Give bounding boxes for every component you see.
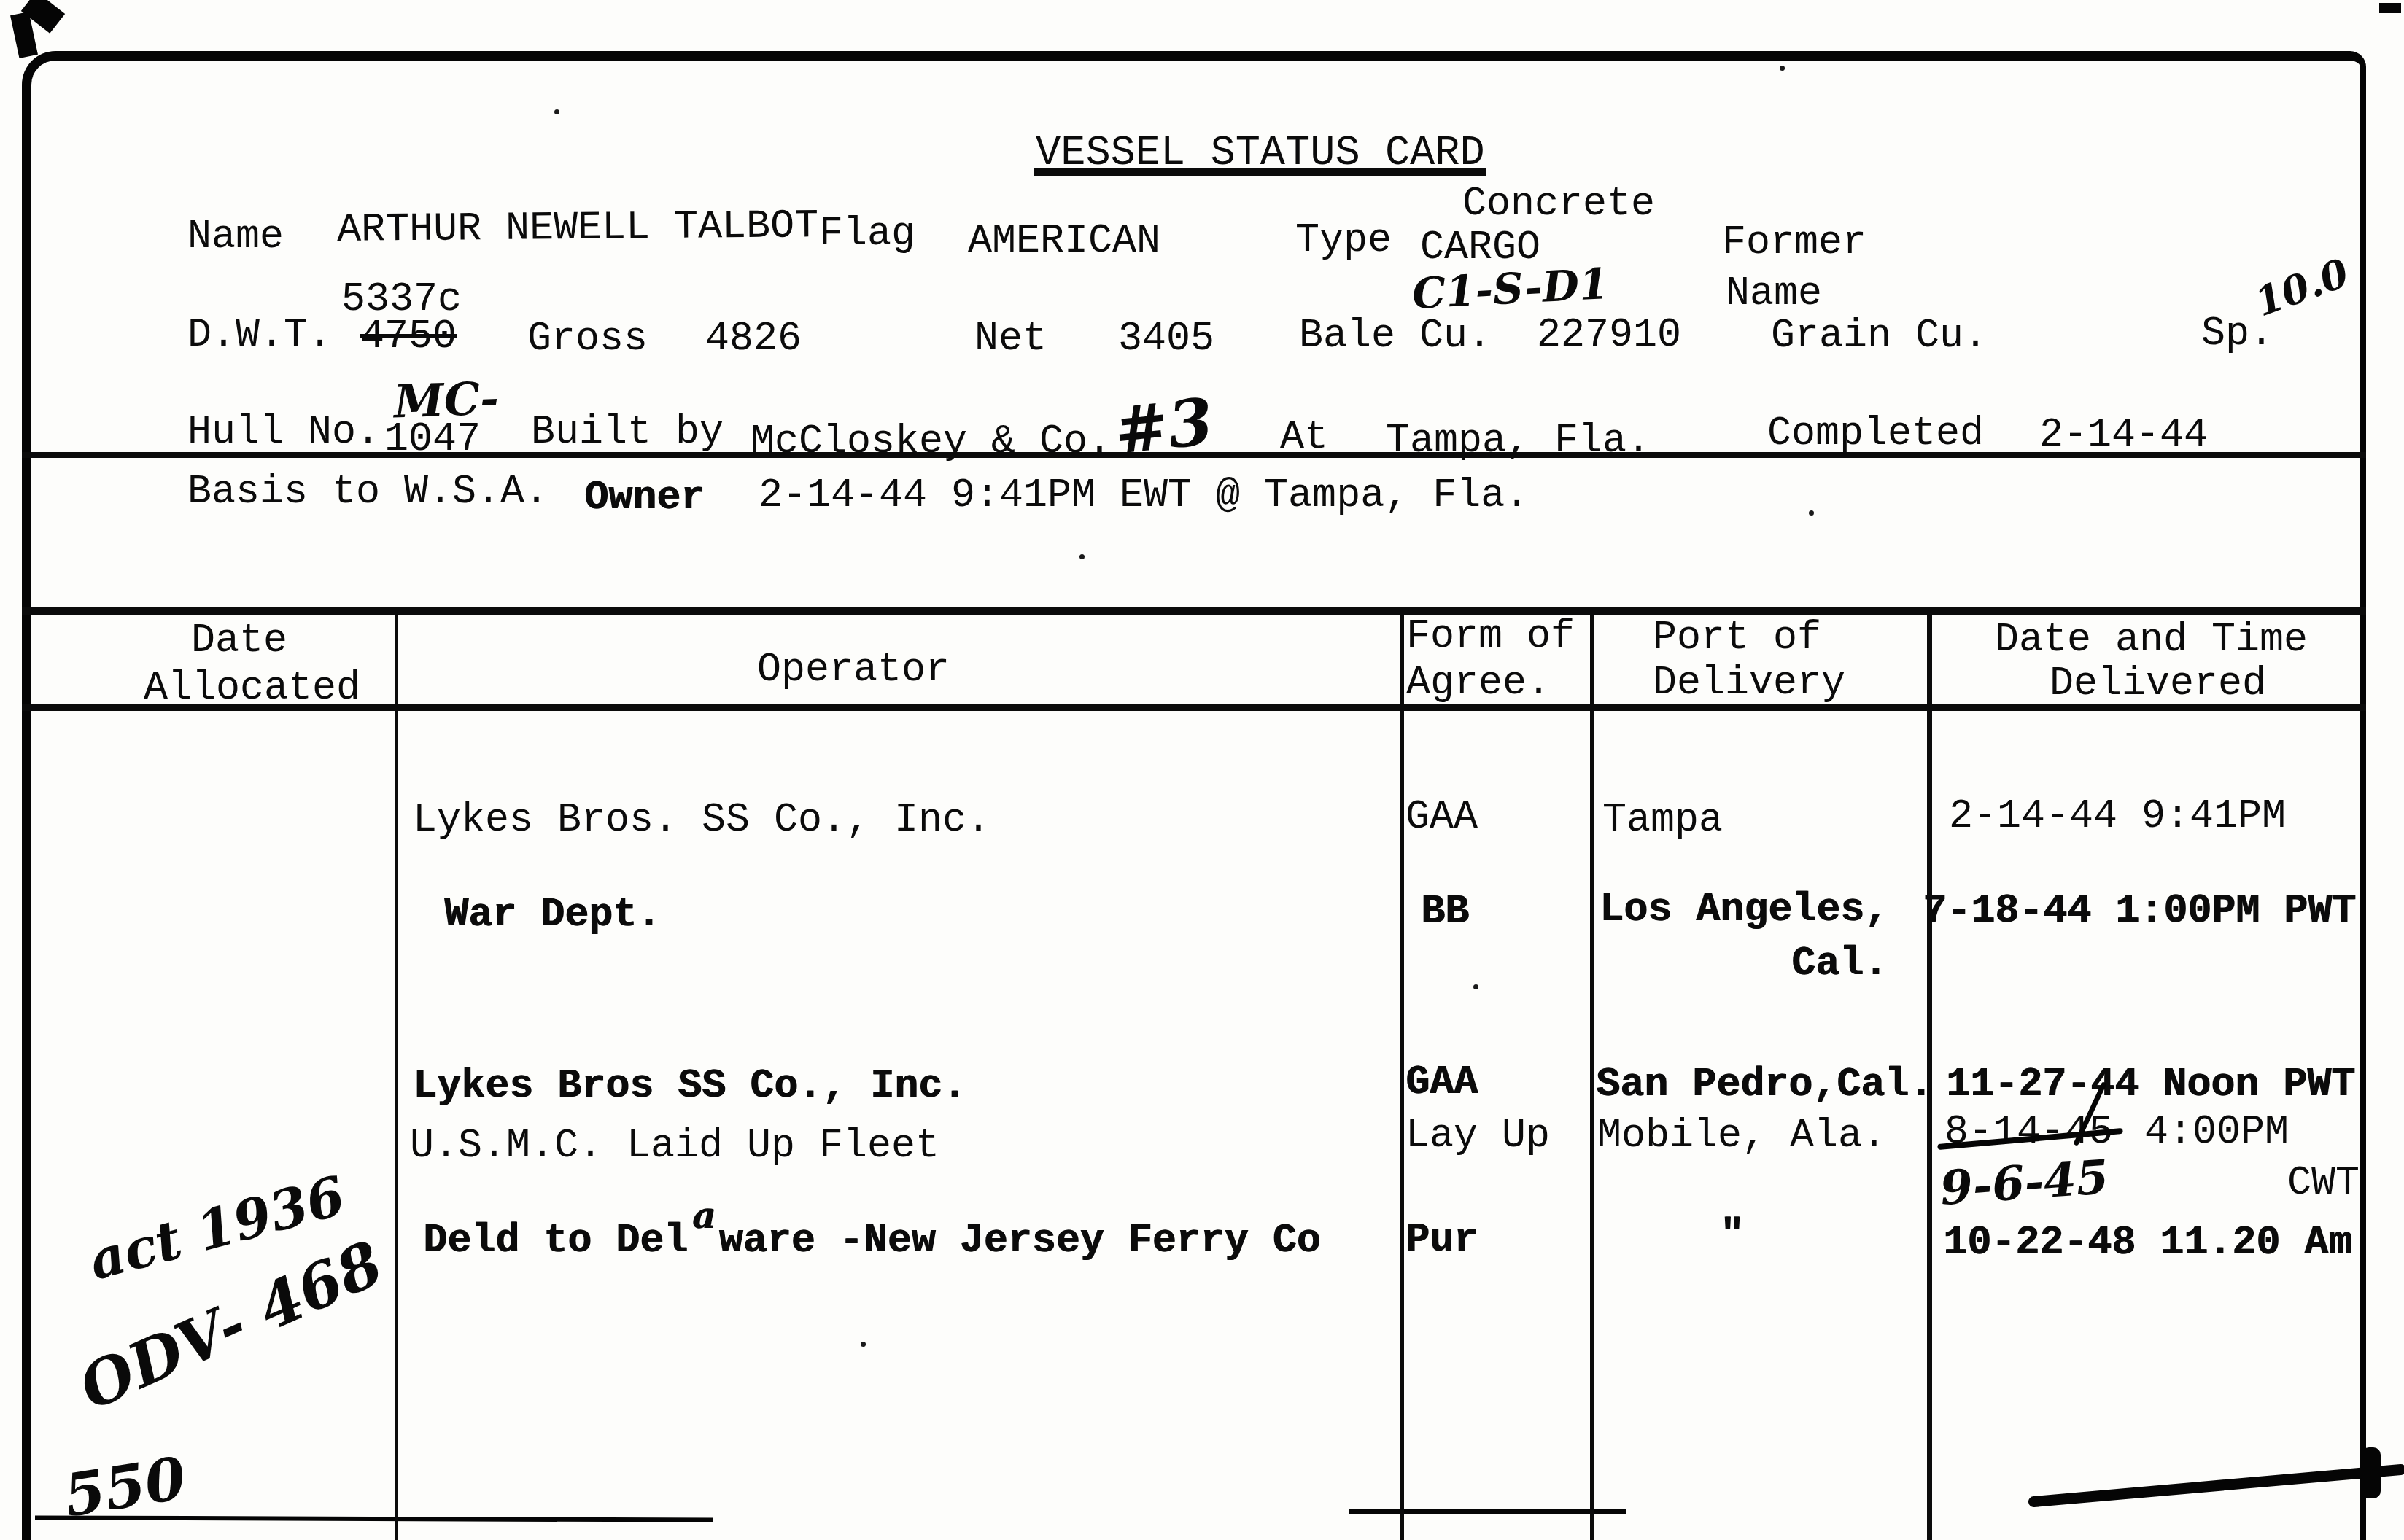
vessel-status-card-scan: VESSEL STATUS CARD Name ARTHUR NEWELL TA… xyxy=(0,0,2404,1540)
owner-label: Owner xyxy=(584,476,705,521)
table-divider-2 xyxy=(1400,607,1404,1540)
row4-delivered-timezone: CWT xyxy=(2287,1162,2360,1206)
table-divider-3 xyxy=(1590,607,1594,1540)
row2-form: BB xyxy=(1421,890,1469,935)
table-header-rule xyxy=(22,704,2366,711)
net-label: Net xyxy=(974,317,1047,362)
row4-form: Lay Up xyxy=(1405,1114,1550,1159)
row5-form: Pur xyxy=(1405,1218,1478,1263)
col-header-date-allocated-line2: Allocated xyxy=(144,666,360,711)
row2-port-line1: Los Angeles, xyxy=(1600,888,1888,933)
row5-operator-post: ware -New Jersey Ferry Co xyxy=(718,1218,1320,1264)
row3-delivered: 11-27-44 Noon PWT xyxy=(1946,1063,2355,1108)
col-header-date-allocated-line1: Date xyxy=(191,619,287,664)
dwt-label: D.W.T. xyxy=(187,314,332,358)
scan-speck xyxy=(1079,554,1085,559)
former-name-label-line2: Name xyxy=(1726,272,1822,316)
scan-artifact-bottom-mid xyxy=(1349,1509,1626,1514)
col-header-form-line1: Form of xyxy=(1406,615,1575,659)
flag-label: Flag xyxy=(819,212,915,257)
col-header-operator: Operator xyxy=(757,648,950,693)
grain-cu-label: Grain Cu. xyxy=(1771,314,1988,359)
row4-delivered-time: 4:00PM xyxy=(2144,1111,2289,1155)
scan-speck xyxy=(861,1342,866,1347)
row5-port-ditto-mark: " xyxy=(1720,1214,1744,1259)
row2-operator: War Dept. xyxy=(444,893,661,938)
gross-value: 4826 xyxy=(705,317,802,362)
row1-delivered: 2-14-44 9:41PM xyxy=(1949,795,2286,839)
row3-port: San Pedro,Cal. xyxy=(1596,1063,1933,1108)
table-divider-1 xyxy=(395,607,398,1540)
row1-port: Tampa xyxy=(1602,798,1723,843)
row5-operator-pre: Deld to Del xyxy=(423,1218,688,1264)
col-header-delivered-line2: Delivered xyxy=(2050,662,2266,707)
row1-form: GAA xyxy=(1405,796,1478,840)
completed-label: Completed xyxy=(1767,412,1984,456)
net-value: 3405 xyxy=(1118,317,1214,362)
row5-delivered: 10-22-48 11.20 Am xyxy=(1943,1221,2352,1266)
type-label: Type xyxy=(1295,219,1392,263)
col-header-form-line2: Agree. xyxy=(1406,661,1551,706)
former-name-label-line1: Former xyxy=(1722,221,1866,265)
scan-artifact-top-right xyxy=(2379,3,2401,13)
type-note: Concrete xyxy=(1462,182,1655,227)
basis-label: Basis to W.S.A. xyxy=(187,470,548,515)
scan-speck xyxy=(1809,510,1814,516)
row4-port: Mobile, Ala. xyxy=(1597,1114,1886,1159)
bale-cu-label: Bale Cu. xyxy=(1299,314,1492,359)
row5-operator: Deld to Delaware -New Jersey Ferry Co xyxy=(423,1218,1321,1264)
row3-form: GAA xyxy=(1405,1061,1478,1105)
row4-operator: U.S.M.C. Laid Up Fleet xyxy=(410,1124,939,1169)
hull-no-label: Hull No. xyxy=(187,411,380,455)
name-label: Name xyxy=(187,215,284,260)
scan-speck xyxy=(1473,984,1478,989)
design-class-handwritten: C1-S-D1 xyxy=(1411,259,1610,319)
row1-operator: Lykes Bros. SS Co., Inc. xyxy=(413,798,990,843)
flag-value: AMERICAN xyxy=(968,219,1160,264)
scan-artifact-right-edge xyxy=(2362,1447,2381,1498)
col-header-port-line1: Port of xyxy=(1653,616,1821,661)
scan-speck xyxy=(554,109,559,114)
basis-value: 2-14-44 9:41PM EWT @ Tampa, Fla. xyxy=(759,474,1529,518)
completed-value: 2-14-44 xyxy=(2039,413,2208,458)
gross-label: Gross xyxy=(527,317,648,362)
hull-row-rule xyxy=(22,452,2366,458)
row5-operator-handwritten-correction: a xyxy=(692,1195,716,1235)
dwt-struck-value: 4750 xyxy=(360,315,457,359)
scan-speck xyxy=(1780,66,1785,71)
row2-port-line2: Cal. xyxy=(1791,942,1888,987)
name-value: ARTHUR NEWELL TALBOT xyxy=(337,204,819,252)
row3-operator: Lykes Bros SS Co., Inc. xyxy=(413,1065,966,1109)
col-header-delivered-line1: Date and Time xyxy=(1995,618,2308,663)
bale-cu-value: 227910 xyxy=(1537,314,1681,358)
built-by-label: Built by xyxy=(531,411,724,455)
title-underline xyxy=(1034,168,1486,176)
table-top-rule xyxy=(22,607,2366,615)
row2-delivered: 7-18-44 1:00PM PWT xyxy=(1923,890,2356,934)
col-header-port-line2: Delivery xyxy=(1653,661,1845,706)
